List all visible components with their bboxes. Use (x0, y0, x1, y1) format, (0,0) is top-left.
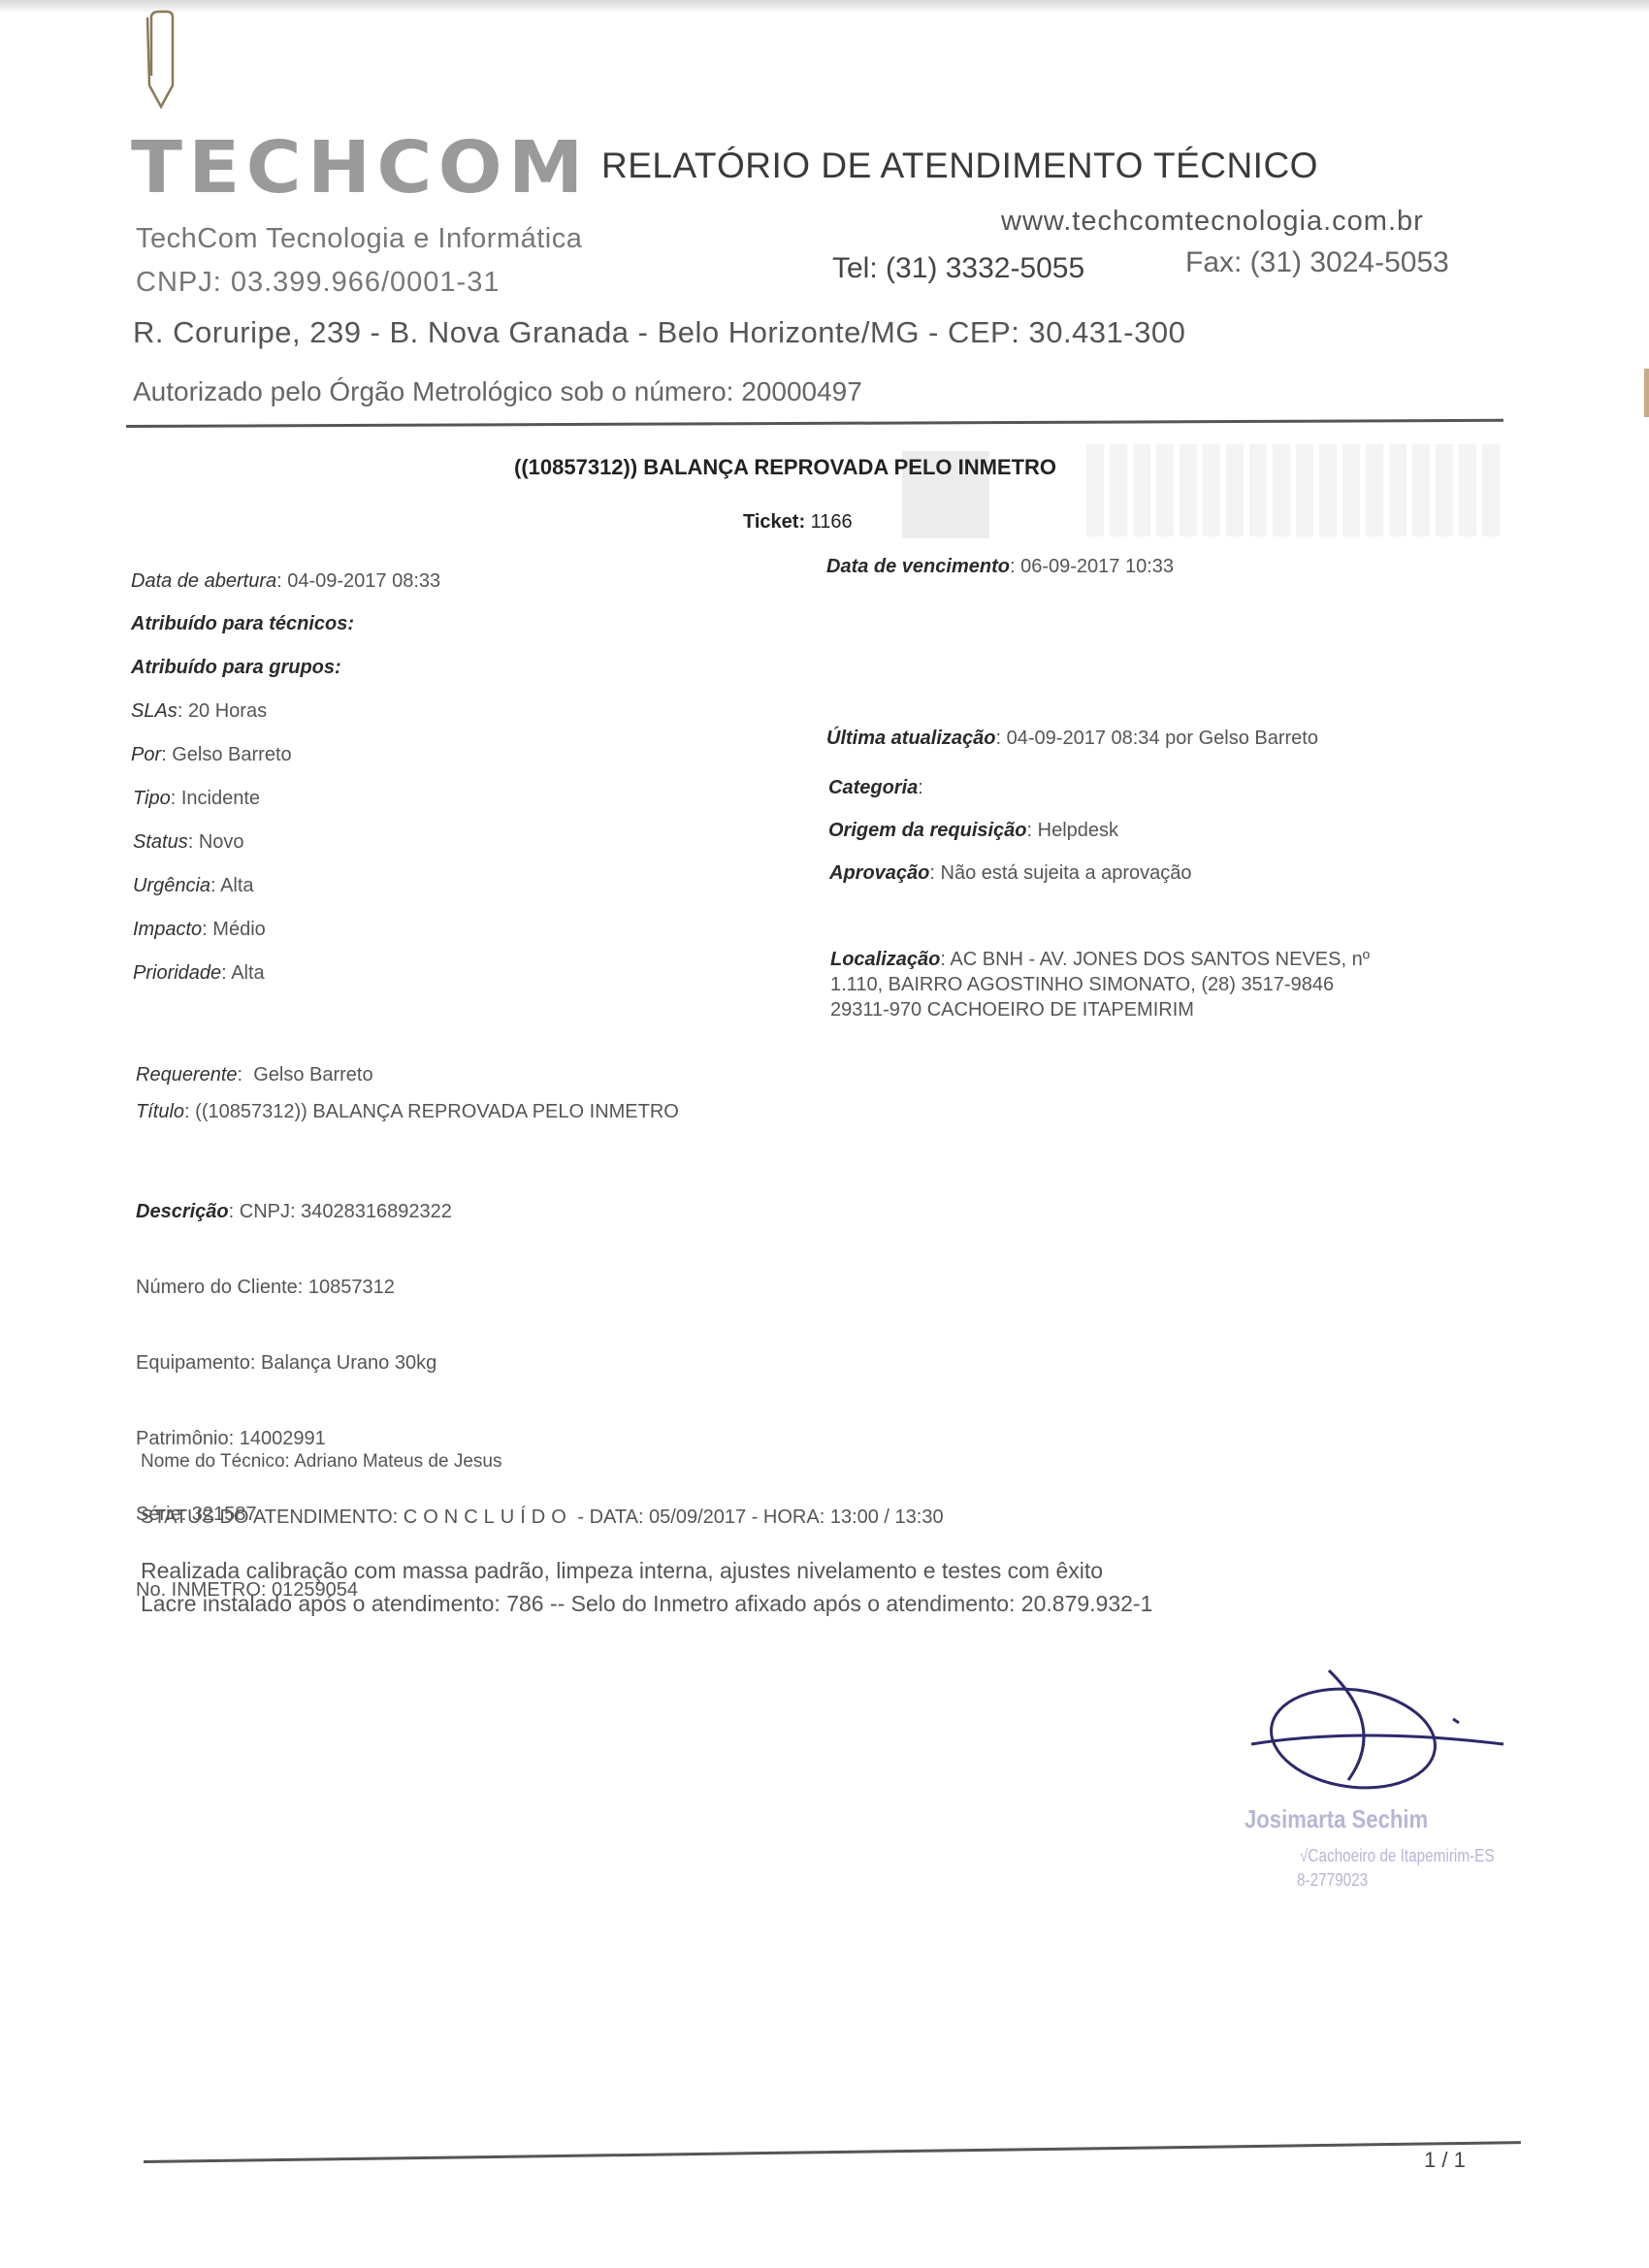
ticket-number-label: Ticket: (743, 511, 805, 533)
field-value: ((10857312)) BALANÇA REPROVADA PELO INME… (195, 1101, 679, 1122)
field-value: Não está sujeita a aprovação (941, 862, 1192, 884)
company-website: www.techcomtecnologia.com.br (1001, 206, 1424, 238)
location-line-2: 1.110, BAIRRO AGOSTINHO SIMONATO, (28) 3… (830, 972, 1370, 997)
field-urgency: Urgência: Alta (133, 875, 254, 897)
company-logo: TECHCOM (131, 126, 590, 210)
field-assigned-technicians: Atribuído para técnicos: (131, 613, 354, 635)
field-priority: Prioridade: Alta (133, 962, 265, 985)
field-assigned-groups: Atribuído para grupos: (131, 657, 341, 679)
scan-artifact (1086, 444, 1503, 536)
field-value: Gelso Barreto (253, 1064, 372, 1085)
stamp-city: √Cachoeiro de Itapemirim-ES (1300, 1846, 1495, 1866)
field-label: Prioridade (133, 962, 221, 984)
field-label: Atribuído para grupos: (131, 657, 341, 678)
field-last-update: Última atualização: 04-09-2017 08:34 por… (826, 728, 1318, 750)
location-line-3: 29311-970 CACHOEIRO DE ITAPEMIRIM (830, 997, 1370, 1022)
signature-mark (1242, 1659, 1533, 1804)
technician-name: Nome do Técnico: Adriano Mateus de Jesus (141, 1451, 501, 1473)
company-address: R. Coruripe, 239 - B. Nova Granada - Bel… (133, 315, 1185, 350)
field-label: SLAs (131, 700, 178, 722)
field-location: Localização: AC BNH - AV. JONES DOS SANT… (830, 947, 1370, 1022)
footer-divider (144, 2141, 1521, 2163)
field-value: Alta (231, 962, 264, 984)
field-label: Data de vencimento (826, 556, 1010, 577)
field-value: Gelso Barreto (172, 744, 291, 765)
field-label: Tipo (133, 788, 171, 809)
field-value: Médio (212, 919, 265, 940)
location-line-1: AC BNH - AV. JONES DOS SANTOS NEVES, nº (950, 949, 1370, 970)
company-phone: Tel: (31) 3332-5055 (832, 252, 1084, 285)
field-label: Por (131, 744, 161, 765)
field-label: Atribuído para técnicos: (131, 613, 354, 634)
field-status: Status: Novo (133, 831, 244, 854)
description-line: Número do Cliente: 10857312 (136, 1275, 452, 1300)
company-name: TechCom Tecnologia e Informática (136, 223, 582, 255)
scan-edge-mark (1644, 369, 1649, 417)
field-label: Status (133, 831, 188, 853)
field-label: Requerente (136, 1064, 238, 1085)
field-label: Aprovação (829, 862, 929, 884)
status-date-time: - DATA: 05/09/2017 - HORA: 13:00 / 13:30 (577, 1507, 943, 1528)
report-title: RELATÓRIO DE ATENDIMENTO TÉCNICO (601, 146, 1318, 186)
company-cnpj: CNPJ: 03.399.966/0001-31 (136, 267, 500, 299)
description-line: Equipamento: Balança Urano 30kg (136, 1350, 452, 1376)
field-title: Título: ((10857312)) BALANÇA REPROVADA P… (136, 1101, 679, 1123)
status-value: CONCLUÍDO (404, 1507, 572, 1528)
field-value: Novo (199, 831, 244, 853)
field-request-origin: Origem da requisição: Helpdesk (828, 820, 1118, 842)
field-requester: Requerente: Gelso Barreto (136, 1064, 373, 1086)
field-label: Impacto (133, 919, 202, 940)
ticket-number-value: 1166 (811, 511, 853, 533)
field-value: Alta (220, 875, 253, 896)
field-label: Localização (830, 949, 940, 970)
description-line: CNPJ: 34028316892322 (240, 1201, 452, 1222)
field-value: 06-09-2017 10:33 (1020, 556, 1174, 577)
field-opening-date: Data de abertura: 04-09-2017 08:33 (131, 570, 440, 593)
service-status: STATUS DO ATENDIMENTO: CONCLUÍDO - DATA:… (141, 1507, 944, 1529)
work-description-line-1: Realizada calibração com massa padrão, l… (141, 1558, 1103, 1584)
field-value: Incidente (181, 788, 260, 809)
field-by: Por: Gelso Barreto (131, 744, 292, 766)
field-category: Categoria: (828, 777, 923, 799)
ticket-number: Ticket: 1166 (743, 511, 853, 534)
field-value: Helpdesk (1038, 820, 1118, 841)
field-label: Data de abertura (131, 570, 276, 592)
scan-top-edge (0, 0, 1649, 14)
field-label: Urgência (133, 875, 210, 896)
field-due-date: Data de vencimento: 06-09-2017 10:33 (826, 556, 1174, 578)
ticket-title: ((10857312)) BALANÇA REPROVADA PELO INME… (514, 455, 1056, 480)
field-label: Descrição (136, 1201, 229, 1222)
metrology-authorization: Autorizado pelo Órgão Metrológico sob o … (133, 376, 862, 407)
work-description-line-2: Lacre instalado após o atendimento: 786 … (141, 1591, 1152, 1617)
field-description: Descrição: CNPJ: 34028316892322 Número d… (136, 1149, 452, 1628)
field-label: Título (136, 1101, 184, 1122)
paperclip-icon (134, 8, 178, 114)
field-label: Origem da requisição (828, 820, 1027, 841)
field-slas: SLAs: 20 Horas (131, 700, 267, 723)
field-approval: Aprovação: Não está sujeita a aprovação (829, 862, 1192, 885)
field-label: Categoria (828, 777, 918, 798)
stamp-name: Josimarta Sechim (1245, 1804, 1428, 1834)
description-line: Patrimônio: 14002991 (136, 1426, 452, 1451)
company-fax: Fax: (31) 3024-5053 (1185, 246, 1449, 279)
field-value: 20 Horas (188, 700, 267, 722)
field-value: 04-09-2017 08:34 por Gelso Barreto (1007, 728, 1318, 749)
header-divider (126, 419, 1503, 428)
stamp-code: 8-2779023 (1297, 1870, 1368, 1891)
field-label: Última atualização (826, 728, 996, 749)
field-impact: Impacto: Médio (133, 919, 266, 941)
page-number: 1 / 1 (1424, 2148, 1466, 2173)
field-type: Tipo: Incidente (133, 788, 260, 810)
status-prefix: STATUS DO ATENDIMENTO: (141, 1507, 398, 1528)
field-value: 04-09-2017 08:33 (287, 570, 440, 592)
